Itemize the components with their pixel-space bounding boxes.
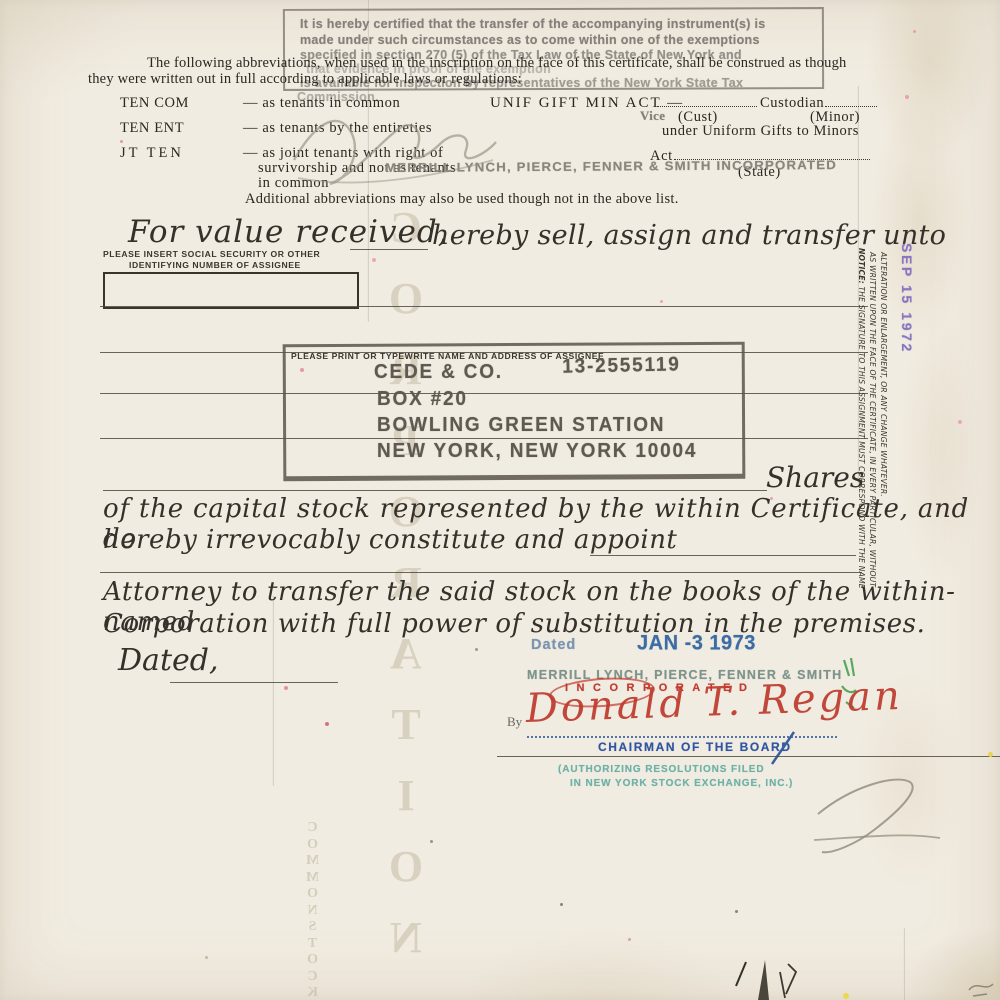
stock-certificate-back: CORPORATION COMMON STOCK It is hereby ce… bbox=[0, 0, 1000, 1000]
resolutions-stamp-line: (AUTHORIZING RESOLUTIONS FILED bbox=[558, 764, 764, 775]
assignee-address-stamp: BOWLING GREEN STATION bbox=[377, 414, 665, 437]
date-stamp-value: JAN -3 1973 bbox=[637, 631, 756, 656]
tax-stamp-line: It is hereby certified that the transfer… bbox=[300, 17, 766, 31]
constitute-appoint-text: hereby irrevocably constitute and appoin… bbox=[103, 525, 677, 555]
abbrev-ten-ent: TEN ENT bbox=[120, 120, 184, 137]
leader-dots bbox=[825, 96, 877, 107]
chairman-title-stamp: CHAIRMAN OF THE BOARD bbox=[598, 740, 792, 754]
showthrough-common-stock-text: COMMON STOCK bbox=[305, 820, 320, 1000]
abbrev-ten-com: TEN COM bbox=[120, 95, 189, 112]
ssn-entry-box bbox=[103, 272, 359, 309]
writing-rule bbox=[103, 490, 767, 491]
notice-label: NOTICE: bbox=[857, 248, 866, 284]
writing-rule bbox=[100, 572, 862, 573]
assignee-name-stamp: CEDE & CO. bbox=[374, 361, 503, 384]
ink-marks bbox=[722, 950, 822, 1000]
leader-dots bbox=[657, 96, 757, 107]
abbrev-note: Additional abbreviations may also be use… bbox=[245, 191, 679, 208]
unif-under-minors-label: under Uniform Gifts to Minors bbox=[662, 123, 859, 140]
pencil-scribble-signature bbox=[288, 98, 503, 193]
blank-line bbox=[170, 682, 338, 683]
assignee-taxid-stamp: 13-2555119 bbox=[562, 354, 681, 380]
intro-paragraph-line: they were written out in full according … bbox=[88, 71, 522, 88]
ssn-instruction-line: IDENTIFYING NUMBER OF ASSIGNEE bbox=[129, 260, 301, 270]
fold-crease bbox=[903, 928, 905, 1000]
resolutions-stamp-line: IN NEW YORK STOCK EXCHANGE, INC.) bbox=[570, 778, 793, 789]
pencil-squiggle-corner bbox=[965, 972, 997, 998]
blank-line bbox=[590, 555, 856, 556]
blank-line bbox=[350, 249, 428, 250]
pencil-flourish-mark bbox=[812, 752, 947, 857]
shares-text: Shares bbox=[766, 461, 864, 494]
dated-script-text: Dated, bbox=[118, 643, 219, 678]
blue-pen-slash bbox=[768, 728, 798, 768]
ssn-instruction-line: PLEASE INSERT SOCIAL SECURITY OR OTHER bbox=[103, 249, 320, 259]
notice-vertical-line: NOTICE: THE SIGNATURE TO THIS ASSIGNMENT… bbox=[857, 248, 866, 589]
tax-stamp-line: made under such circumstances as to come… bbox=[300, 33, 760, 47]
assignee-box-label: PLEASE PRINT OR TYPEWRITE NAME AND ADDRE… bbox=[291, 351, 604, 361]
received-date-stamp: SEP 15 1972 bbox=[899, 243, 915, 354]
intro-paragraph-line: The following abbreviations, when used i… bbox=[147, 55, 846, 72]
attorney-transfer-text: Corporation with full power of substitut… bbox=[103, 609, 926, 639]
for-value-received-text: For value received, bbox=[128, 214, 449, 250]
assignee-address-stamp: NEW YORK, NEW YORK 10004 bbox=[377, 440, 697, 463]
notice-text: THE SIGNATURE TO THIS ASSIGNMENT MUST CO… bbox=[857, 284, 866, 589]
abbrev-jt-ten: JT TEN bbox=[120, 145, 184, 162]
assignee-address-stamp: BOX #20 bbox=[377, 388, 468, 411]
notice-vertical-line: ALTERATION OR ENLARGEMENT, OR ANY CHANGE… bbox=[879, 252, 888, 497]
vice-stamp: Vice bbox=[640, 108, 665, 124]
dated-stamp-label: Dated bbox=[531, 637, 576, 653]
writing-rule bbox=[100, 306, 868, 307]
notice-vertical-line: AS WRITTEN UPON THE FACE OF THE CERTIFIC… bbox=[868, 252, 877, 587]
by-label: By bbox=[507, 714, 522, 730]
sell-assign-transfer-text: hereby sell, assign and transfer unto bbox=[432, 220, 946, 251]
